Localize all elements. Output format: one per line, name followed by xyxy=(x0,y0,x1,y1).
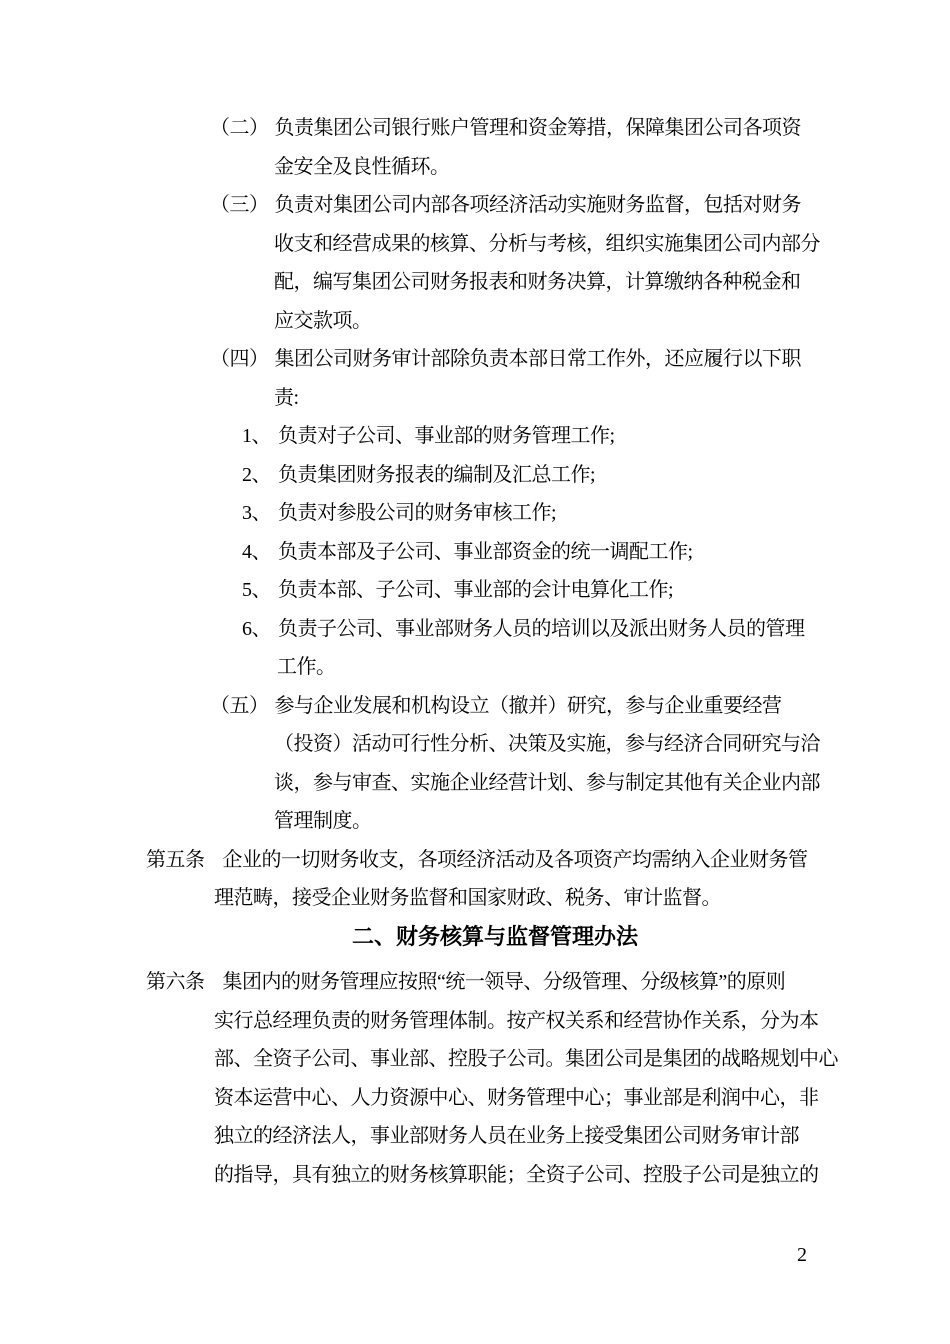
list-item-block: 1、负责对子公司、事业部的财务管理工作; xyxy=(0,417,950,456)
document-page: （二）负责集团公司银行账户管理和资金筹措，保障集团公司各项资金安全及良性循环。（… xyxy=(0,0,950,1344)
line-text: 负责对集团公司内部各项经济活动实施财务监督，包括对财务 xyxy=(275,194,802,216)
text-line: 第六条集团内的财务管理应按照“统一领导、分级管理、分级核算”的原则 xyxy=(0,963,950,1002)
text-line: 理范畴，接受企业财务监督和国家财政、税务、审计监督。 xyxy=(0,879,950,918)
section-heading: 二、财务核算与监督管理办法 xyxy=(0,918,950,957)
article-number: 第六条 xyxy=(146,963,205,1002)
line-text: 管理制度。 xyxy=(274,810,372,832)
text-line: 6、负责子公司、事业部财务人员的培训以及派出财务人员的管理 xyxy=(0,610,950,649)
text-line: 应交款项。 xyxy=(0,302,950,341)
clause-number: （四） xyxy=(210,340,269,379)
text-line: （投资）活动可行性分析、决策及实施，参与经济合同研究与洽 xyxy=(0,725,950,764)
text-line: 1、负责对子公司、事业部的财务管理工作; xyxy=(0,417,950,456)
text-line: （四）集团公司财务审计部除负责本部日常工作外，还应履行以下职 xyxy=(0,340,950,379)
line-text: 资本运营中心、人力资源中心、财务管理中心；事业部是利润中心，非 xyxy=(214,1087,819,1109)
list-item-block: 3、负责对参股公司的财务审核工作; xyxy=(0,494,950,533)
text-line: 二、财务核算与监督管理办法 xyxy=(0,918,950,957)
text-line: 配，编写集团公司财务报表和财务决算，计算缴纳各种税金和 xyxy=(0,263,950,302)
line-text: 工作。 xyxy=(277,656,336,678)
line-text: 负责本部、子公司、事业部的会计电算化工作; xyxy=(278,579,673,601)
line-text: 实行总经理负责的财务管理体制。按产权关系和经营协作关系，分为本 xyxy=(214,1010,819,1032)
line-text: 谈，参与审查、实施企业经营计划、参与制定其他有关企业内部 xyxy=(274,772,820,794)
text-line: 5、负责本部、子公司、事业部的会计电算化工作; xyxy=(0,571,950,610)
list-item-block: 4、负责本部及子公司、事业部资金的统一调配工作; xyxy=(0,533,950,572)
text-line: 4、负责本部及子公司、事业部资金的统一调配工作; xyxy=(0,533,950,572)
text-line: 实行总经理负责的财务管理体制。按产权关系和经营协作关系，分为本 xyxy=(0,1002,950,1041)
document-body: （二）负责集团公司银行账户管理和资金筹措，保障集团公司各项资金安全及良性循环。（… xyxy=(0,109,950,1194)
text-line: 收支和经营成果的核算、分析与考核，组织实施集团公司内部分 xyxy=(0,225,950,264)
line-text: 负责本部及子公司、事业部资金的统一调配工作; xyxy=(278,541,693,563)
text-line: 金安全及良性循环。 xyxy=(0,148,950,187)
item-number: 1、 xyxy=(242,417,271,456)
text-line: 独立的经济法人，事业部财务人员在业务上接受集团公司财务审计部 xyxy=(0,1117,950,1156)
text-line: （三）负责对集团公司内部各项经济活动实施财务监督，包括对财务 xyxy=(0,186,950,225)
text-line: 管理制度。 xyxy=(0,802,950,841)
text-line: 谈，参与审查、实施企业经营计划、参与制定其他有关企业内部 xyxy=(0,764,950,803)
clause-number: （三） xyxy=(210,186,269,225)
line-text: 负责对参股公司的财务审核工作; xyxy=(278,502,556,524)
text-line: （五）参与企业发展和机构设立（撤并）研究，参与企业重要经营 xyxy=(0,687,950,726)
text-line: 责: xyxy=(0,379,950,418)
item-number: 2、 xyxy=(242,456,271,495)
article-block: 第五条企业的一切财务收支，各项经济活动及各项资产均需纳入企业财务管理范畴，接受企… xyxy=(0,841,950,918)
item-number: 3、 xyxy=(242,494,271,533)
line-text: 独立的经济法人，事业部财务人员在业务上接受集团公司财务审计部 xyxy=(214,1125,799,1147)
list-item-block: 6、负责子公司、事业部财务人员的培训以及派出财务人员的管理工作。 xyxy=(0,610,950,687)
clause-block: （二）负责集团公司银行账户管理和资金筹措，保障集团公司各项资金安全及良性循环。 xyxy=(0,109,950,186)
line-text: 负责集团公司银行账户管理和资金筹措，保障集团公司各项资 xyxy=(275,117,802,139)
text-line: 资本运营中心、人力资源中心、财务管理中心；事业部是利润中心，非 xyxy=(0,1079,950,1118)
line-text: 的指导，具有独立的财务核算职能；全资子公司、控股子公司是独立的 xyxy=(214,1164,819,1186)
line-text: 金安全及良性循环。 xyxy=(274,156,450,178)
page-number: 2 xyxy=(797,1236,807,1275)
clause-number: （二） xyxy=(210,109,269,148)
text-line: 第五条企业的一切财务收支，各项经济活动及各项资产均需纳入企业财务管 xyxy=(0,841,950,880)
line-text: 负责对子公司、事业部的财务管理工作; xyxy=(278,425,615,447)
line-text: 配，编写集团公司财务报表和财务决算，计算缴纳各种税金和 xyxy=(274,271,801,293)
line-text: 应交款项。 xyxy=(274,310,372,332)
list-item-block: 2、负责集团财务报表的编制及汇总工作; xyxy=(0,456,950,495)
clause-number: （五） xyxy=(210,687,269,726)
clause-block: （三）负责对集团公司内部各项经济活动实施财务监督，包括对财务收支和经营成果的核算… xyxy=(0,186,950,340)
line-text: （投资）活动可行性分析、决策及实施，参与经济合同研究与洽 xyxy=(274,733,820,755)
line-text: 企业的一切财务收支，各项经济活动及各项资产均需纳入企业财务管 xyxy=(223,849,808,871)
clause-block: （五）参与企业发展和机构设立（撤并）研究，参与企业重要经营（投资）活动可行性分析… xyxy=(0,687,950,841)
line-text: 集团公司财务审计部除负责本部日常工作外，还应履行以下职 xyxy=(275,348,802,370)
text-line: 工作。 xyxy=(0,648,950,687)
article-number: 第五条 xyxy=(146,841,205,880)
article-block: 第六条集团内的财务管理应按照“统一领导、分级管理、分级核算”的原则实行总经理负责… xyxy=(0,963,950,1194)
list-item-block: 5、负责本部、子公司、事业部的会计电算化工作; xyxy=(0,571,950,610)
item-number: 4、 xyxy=(242,533,271,572)
line-text: 二、财务核算与监督管理办法 xyxy=(352,924,638,949)
line-text: 理范畴，接受企业财务监督和国家财政、税务、审计监督。 xyxy=(214,887,721,909)
line-text: 负责集团财务报表的编制及汇总工作; xyxy=(278,464,595,486)
line-text: 收支和经营成果的核算、分析与考核，组织实施集团公司内部分 xyxy=(274,233,820,255)
line-text: 参与企业发展和机构设立（撤并）研究，参与企业重要经营 xyxy=(275,695,782,717)
item-number: 6、 xyxy=(242,610,271,649)
line-text: 集团内的财务管理应按照“统一领导、分级管理、分级核算”的原则 xyxy=(223,971,786,993)
line-text: 负责子公司、事业部财务人员的培训以及派出财务人员的管理 xyxy=(278,618,805,640)
text-line: 部、全资子公司、事业部、控股子公司。集团公司是集团的战略规划中心 xyxy=(0,1040,950,1079)
text-line: 3、负责对参股公司的财务审核工作; xyxy=(0,494,950,533)
item-number: 5、 xyxy=(242,571,271,610)
line-text: 责: xyxy=(274,387,299,409)
text-line: 的指导，具有独立的财务核算职能；全资子公司、控股子公司是独立的 xyxy=(0,1156,950,1195)
line-text: 部、全资子公司、事业部、控股子公司。集团公司是集团的战略规划中心 xyxy=(214,1048,838,1070)
text-line: 2、负责集团财务报表的编制及汇总工作; xyxy=(0,456,950,495)
text-line: （二）负责集团公司银行账户管理和资金筹措，保障集团公司各项资 xyxy=(0,109,950,148)
clause-block: （四）集团公司财务审计部除负责本部日常工作外，还应履行以下职责: xyxy=(0,340,950,417)
